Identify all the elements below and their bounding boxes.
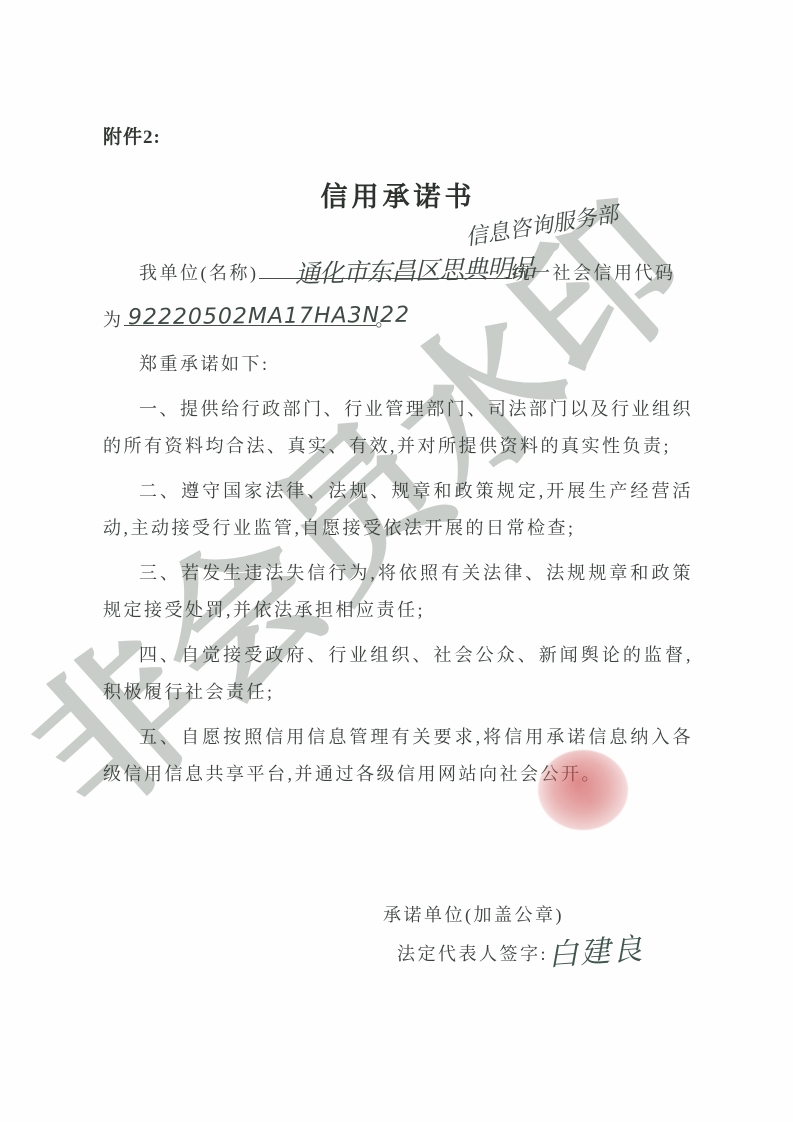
red-seal-stamp-smudge <box>538 750 628 830</box>
intro-prefix-text: 我单位(名称) <box>139 263 259 283</box>
company-name-underline: 通化市东昌区思典明品 <box>259 252 512 279</box>
intro-paragraph: 信息咨询服务部 我单位(名称)通化市东昌区思典明品统一社会信用代码 为92220… <box>103 250 693 344</box>
legal-representative-line: 法定代表人签字:白建良 <box>397 934 693 974</box>
legal-representative-signature-handwriting: 白建良 <box>547 935 645 972</box>
credit-code-handwriting: 92220502MA17HA3N22 <box>127 305 409 329</box>
commitment-item-1: 一、提供给行政部门、行业管理部门、司法部门以及行业组织的所有资料均合法、真实、有… <box>103 391 693 464</box>
commitment-item-2: 二、遵守国家法律、法规、规章和政策规定,开展生产经营活动,主动接受行业监管,自愿… <box>103 473 693 546</box>
pledge-heading: 郑重承诺如下: <box>103 346 693 382</box>
document-body: 附件2: 信用承诺书 信息咨询服务部 我单位(名称)通化市东昌区思典明品统一社会… <box>0 122 793 974</box>
intro-suffix-text: 统一社会信用代码 <box>512 263 676 283</box>
legal-representative-label: 法定代表人签字: <box>397 944 548 964</box>
credit-code-underline: 92220502MA17HA3N22 <box>124 299 376 326</box>
commitment-item-3: 三、若发生违法失信行为,将依照有关法律、法规规章和政策规定接受处罚,并依法承担相… <box>103 555 693 628</box>
promising-unit-line: 承诺单位(加盖公章) <box>383 896 693 934</box>
code-prefix-text: 为 <box>103 310 124 330</box>
company-name-handwriting: 通化市东昌区思典明品 <box>258 255 535 287</box>
signature-block: 承诺单位(加盖公章) 法定代表人签字:白建良 <box>103 896 693 974</box>
attachment-label: 附件2: <box>103 122 693 149</box>
intro-line-2: 为92220502MA17HA3N22。 <box>103 297 693 344</box>
commitment-item-4: 四、自觉接受政府、行业组织、社会公众、新闻舆论的监督,积极履行社会责任; <box>103 637 693 710</box>
scanned-document-page: 非会员水印 附件2: 信用承诺书 信息咨询服务部 我单位(名称)通化市东昌区思典… <box>0 0 793 1122</box>
intro-line-1: 我单位(名称)通化市东昌区思典明品统一社会信用代码 <box>103 250 693 297</box>
